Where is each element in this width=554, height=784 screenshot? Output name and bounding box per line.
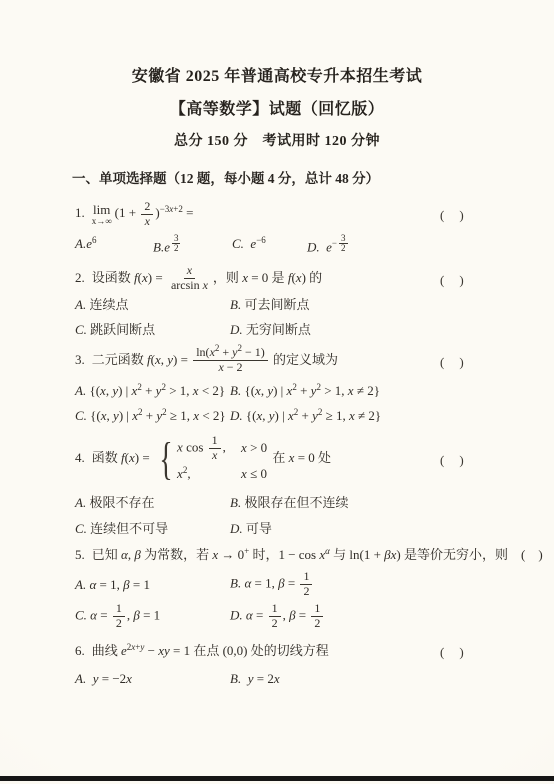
question-3-option-a: A. {(x, y) | x2 + y2 > 1, x < 2} (75, 383, 230, 399)
question-5-option-b: B. α = 1, β = 12 (230, 570, 554, 599)
question-6-options: A. y = −2x B. y = 2x (75, 671, 554, 687)
question-3-stem-row: 3.二元函数 f(x, y) = ln(x2 + y2 − 1)x − 2 的定… (75, 346, 554, 375)
question-5-options: A. α = 1, β = 1 B. α = 1, β = 12 C. α = … (75, 570, 554, 630)
question-2-option-b: B. 可去间断点 (230, 297, 554, 313)
question-5-stem-row: 5.已知 α, β 为常数，若 x → 0+ 时，1 − cos xα 与 ln… (75, 547, 554, 564)
question-5: 5.已知 α, β 为常数，若 x → 0+ 时，1 − cos xα 与 ln… (75, 547, 554, 630)
question-1-number: 1. (75, 205, 85, 220)
question-4-stem: 4.函数 f(x) = {x cos 1x,x > 0x2,x ≤ 0 在 x … (75, 450, 331, 465)
question-3-formula: 二元函数 f(x, y) = ln(x2 + y2 − 1)x − 2 的定义域… (92, 352, 338, 367)
question-2-stem-row: 2.设函数 f(x) = xarcsin x，则 x = 0 是 f(x) 的 … (75, 264, 554, 293)
question-4-formula: 函数 f(x) = {x cos 1x,x > 0x2,x ≤ 0 在 x = … (92, 450, 331, 465)
question-6-option-b: B. y = 2x (230, 671, 554, 687)
question-4-answer-blank: ( ) (440, 449, 465, 468)
question-2-options: A. 连续点 B. 可去间断点 C. 跳跃间断点 D. 无穷间断点 (75, 297, 554, 339)
question-1-stem: 1.limx→∞(1 + 2x)−3x+2 = (75, 205, 193, 220)
question-3-option-d: D. {(x, y) | x2 + y2 ≥ 1, x ≠ 2} (230, 408, 554, 424)
question-2-number: 2. (75, 270, 85, 285)
question-2-answer-blank: ( ) (440, 269, 465, 288)
question-2-formula: 设函数 f(x) = xarcsin x，则 x = 0 是 f(x) 的 (92, 270, 322, 285)
question-6: 6.曲线 e2x+y − xy = 1 在点 (0,0) 处的切线方程 ( ) … (75, 643, 554, 688)
question-4-number: 4. (75, 450, 85, 465)
exam-title-line2: 【高等数学】试题（回忆版） (0, 102, 554, 118)
question-4-option-a: A. 极限不存在 (75, 495, 230, 511)
question-1-formula: limx→∞(1 + 2x)−3x+2 = (92, 205, 194, 220)
question-6-stem-row: 6.曲线 e2x+y − xy = 1 在点 (0,0) 处的切线方程 ( ) (75, 643, 554, 660)
question-3-option-c: C. {(x, y) | x2 + y2 ≥ 1, x < 2} (75, 408, 230, 424)
question-5-option-d: D. α = 12, β = 12 (230, 602, 554, 631)
question-4-options: A. 极限不存在 B. 极限存在但不连续 C. 连续但不可导 D. 可导 (75, 495, 554, 538)
question-3-number: 3. (75, 352, 85, 367)
question-1-options: A.e6 B.e32 C. e−6 D. e−32 (75, 234, 554, 256)
exam-header: 安徽省 2025 年普通高校专升本招生考试 【高等数学】试题（回忆版） 总分 1… (0, 0, 554, 149)
question-2-option-c: C. 跳跃间断点 (75, 322, 230, 338)
question-6-stem: 6.曲线 e2x+y − xy = 1 在点 (0,0) 处的切线方程 (75, 643, 329, 658)
question-5-stem: 5.已知 α, β 为常数，若 x → 0+ 时，1 − cos xα 与 ln… (75, 547, 543, 562)
question-6-number: 6. (75, 643, 85, 658)
question-5-number: 5. (75, 547, 85, 562)
question-5-formula: 已知 α, β 为常数，若 x → 0+ 时，1 − cos xα 与 ln(1… (92, 547, 543, 562)
question-3-stem: 3.二元函数 f(x, y) = ln(x2 + y2 − 1)x − 2 的定… (75, 352, 338, 367)
question-4: 4.函数 f(x) = {x cos 1x,x > 0x2,x ≤ 0 在 x … (75, 434, 554, 537)
question-1-answer-blank: ( ) (440, 205, 465, 224)
question-6-answer-blank: ( ) (440, 641, 465, 660)
question-2-option-a: A. 连续点 (75, 297, 230, 313)
question-4-option-c: C. 连续但不可导 (75, 521, 230, 537)
question-5-option-c: C. α = 12, β = 1 (75, 602, 230, 631)
exam-title-line1: 安徽省 2025 年普通高校专升本招生考试 (0, 69, 554, 85)
question-2: 2.设函数 f(x) = xarcsin x，则 x = 0 是 f(x) 的 … (75, 264, 554, 338)
question-5-option-a: A. α = 1, β = 1 (75, 577, 230, 593)
question-1-stem-row: 1.limx→∞(1 + 2x)−3x+2 = ( ) (75, 200, 554, 229)
section-heading: 一、单项选择题（12 题，每小题 4 分，总计 48 分） (72, 167, 554, 187)
question-4-option-d: D. 可导 (230, 521, 554, 537)
question-1-option-b: B.e32 (153, 234, 232, 256)
question-4-option-b: B. 极限存在但不连续 (230, 495, 554, 511)
question-6-option-a: A. y = −2x (75, 671, 230, 687)
question-6-formula: 曲线 e2x+y − xy = 1 在点 (0,0) 处的切线方程 (92, 643, 329, 658)
question-2-option-d: D. 无穷间断点 (230, 322, 554, 338)
question-1-option-a: A.e6 (75, 236, 153, 252)
question-4-stem-row: 4.函数 f(x) = {x cos 1x,x > 0x2,x ≤ 0 在 x … (75, 434, 554, 482)
exam-meta-line: 总分 150 分 考试用时 120 分钟 (0, 135, 554, 149)
question-3-options: A. {(x, y) | x2 + y2 > 1, x < 2} B. {(x,… (75, 383, 554, 425)
photo-bottom-edge-bar (0, 776, 554, 781)
question-1-option-d: D. e−32 (307, 234, 554, 256)
question-3-option-b: B. {(x, y) | x2 + y2 > 1, x ≠ 2} (230, 383, 554, 399)
question-2-stem: 2.设函数 f(x) = xarcsin x，则 x = 0 是 f(x) 的 (75, 270, 322, 285)
question-3: 3.二元函数 f(x, y) = ln(x2 + y2 − 1)x − 2 的定… (75, 346, 554, 424)
question-1-option-c: C. e−6 (232, 236, 307, 252)
question-1: 1.limx→∞(1 + 2x)−3x+2 = ( ) A.e6 B.e32 C… (75, 200, 554, 255)
exam-page: 安徽省 2025 年普通高校专升本招生考试 【高等数学】试题（回忆版） 总分 1… (0, 0, 554, 784)
question-3-answer-blank: ( ) (440, 351, 465, 370)
